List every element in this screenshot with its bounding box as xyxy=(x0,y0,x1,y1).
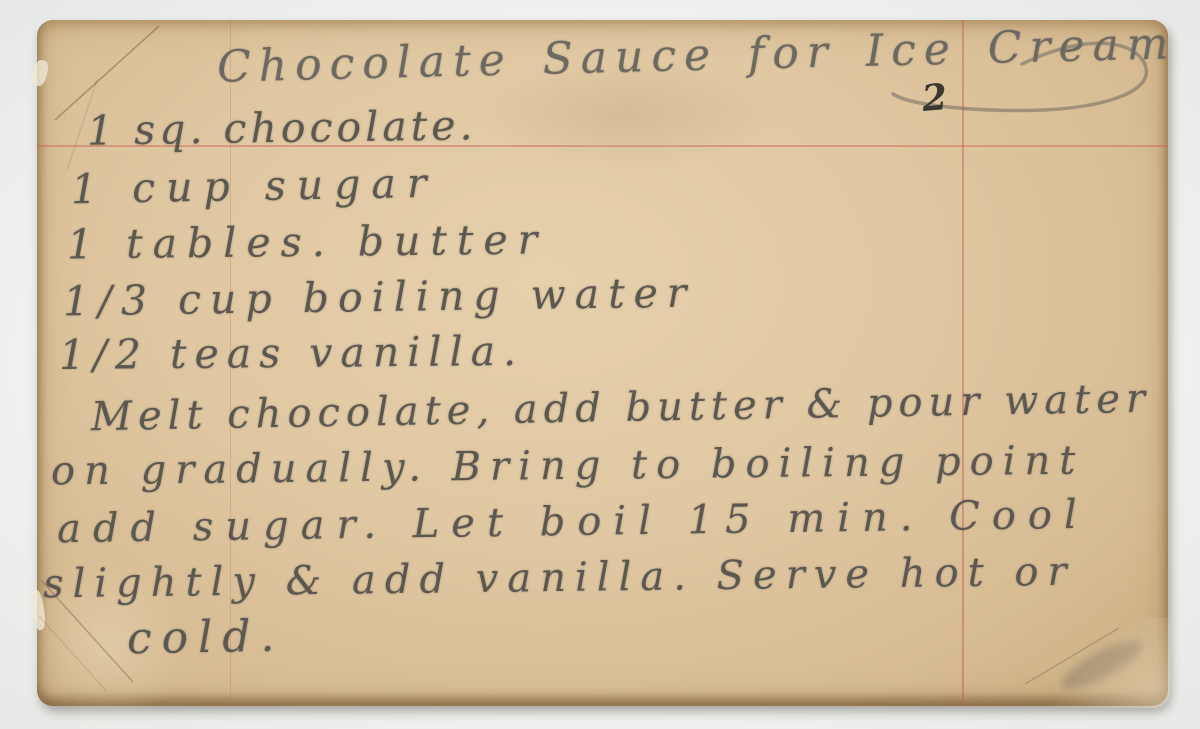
instruction-line: Melt chocolate, add butter & pour water xyxy=(91,379,1152,437)
ingredient-line: 1 sq. chocolate. xyxy=(87,105,477,151)
ingredient-line: 1 tables. butter xyxy=(67,219,548,265)
instruction-line: cold. xyxy=(127,615,285,662)
worn-corner xyxy=(1030,618,1170,708)
ingredient-line: 1 cup sugar xyxy=(71,163,438,210)
instruction-line: slightly & add vanilla. Serve hot or xyxy=(43,552,1076,605)
recipe-card: Chocolate Sauce for Ice Cream 2 1 sq. ch… xyxy=(37,20,1168,706)
instruction-line: add sugar. Let boil 15 min. Cool xyxy=(57,495,1089,549)
ingredient-line: 1/3 cup boiling water xyxy=(63,273,696,323)
page-number: 2 xyxy=(920,79,948,117)
red-rule-vertical-right xyxy=(962,20,964,706)
instruction-line: on gradually. Bring to boiling point xyxy=(51,441,1085,492)
ingredient-line: 1/2 teas vanilla. xyxy=(59,331,524,376)
recipe-title: Chocolate Sauce for Ice Cream xyxy=(217,22,1177,89)
